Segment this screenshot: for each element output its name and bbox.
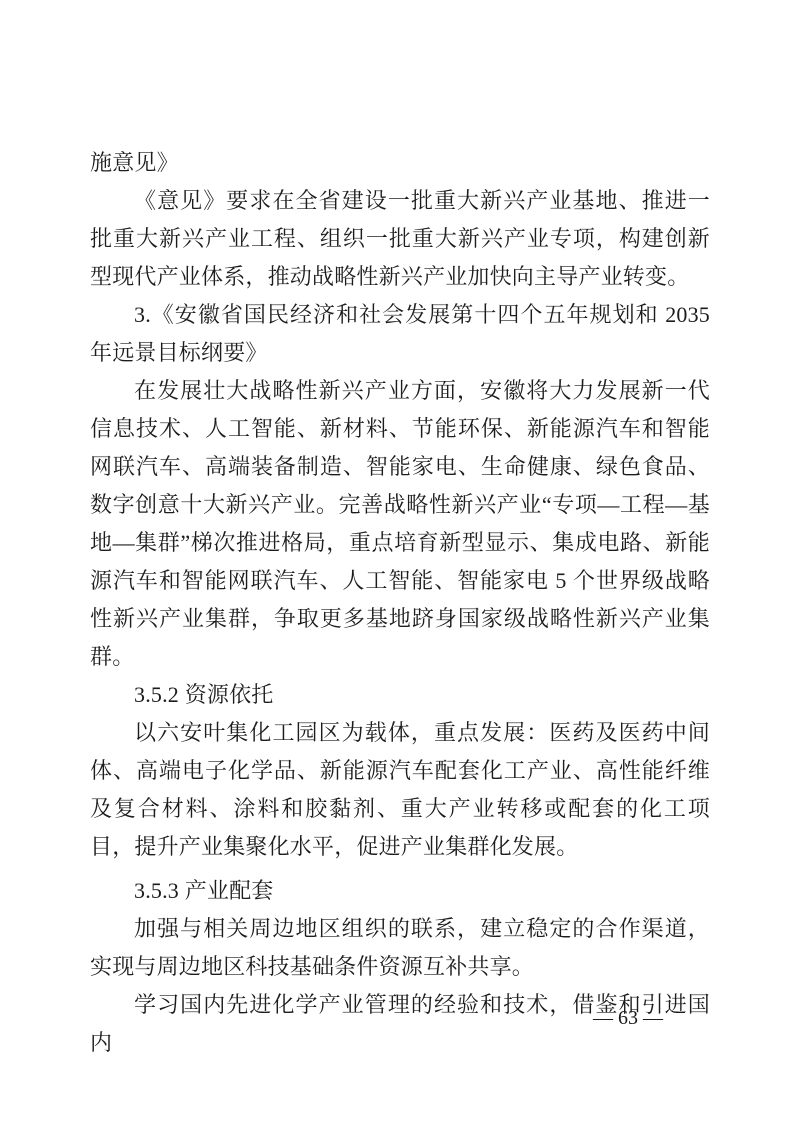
- list-item-paragraph: 3.《安徽省国民经济和社会发展第十四个五年规划和 2035 年远景目标纲要》: [90, 296, 710, 372]
- document-page: 施意见》 《意见》要求在全省建设一批重大新兴产业基地、推进一批重大新兴产业工程、…: [0, 0, 794, 1122]
- body-paragraph-continuation: 施意见》: [90, 144, 710, 182]
- page-number: — 63 —: [593, 1005, 683, 1031]
- body-paragraph: 加强与相关周边地区组织的联系，建立稳定的合作渠道，实现与周边地区科技基础条件资源…: [90, 910, 710, 986]
- section-heading-3-5-2: 3.5.2 资源依托: [90, 676, 710, 714]
- body-paragraph: 在发展壮大战略性新兴产业方面，安徽将大力发展新一代信息技术、人工智能、新材料、节…: [90, 372, 710, 676]
- document-body: 施意见》 《意见》要求在全省建设一批重大新兴产业基地、推进一批重大新兴产业工程、…: [90, 144, 710, 1062]
- section-heading-3-5-3: 3.5.3 产业配套: [90, 872, 710, 910]
- body-paragraph: 《意见》要求在全省建设一批重大新兴产业基地、推进一批重大新兴产业工程、组织一批重…: [90, 182, 710, 296]
- body-paragraph: 以六安叶集化工园区为载体，重点发展：医药及医药中间体、高端电子化学品、新能源汽车…: [90, 714, 710, 866]
